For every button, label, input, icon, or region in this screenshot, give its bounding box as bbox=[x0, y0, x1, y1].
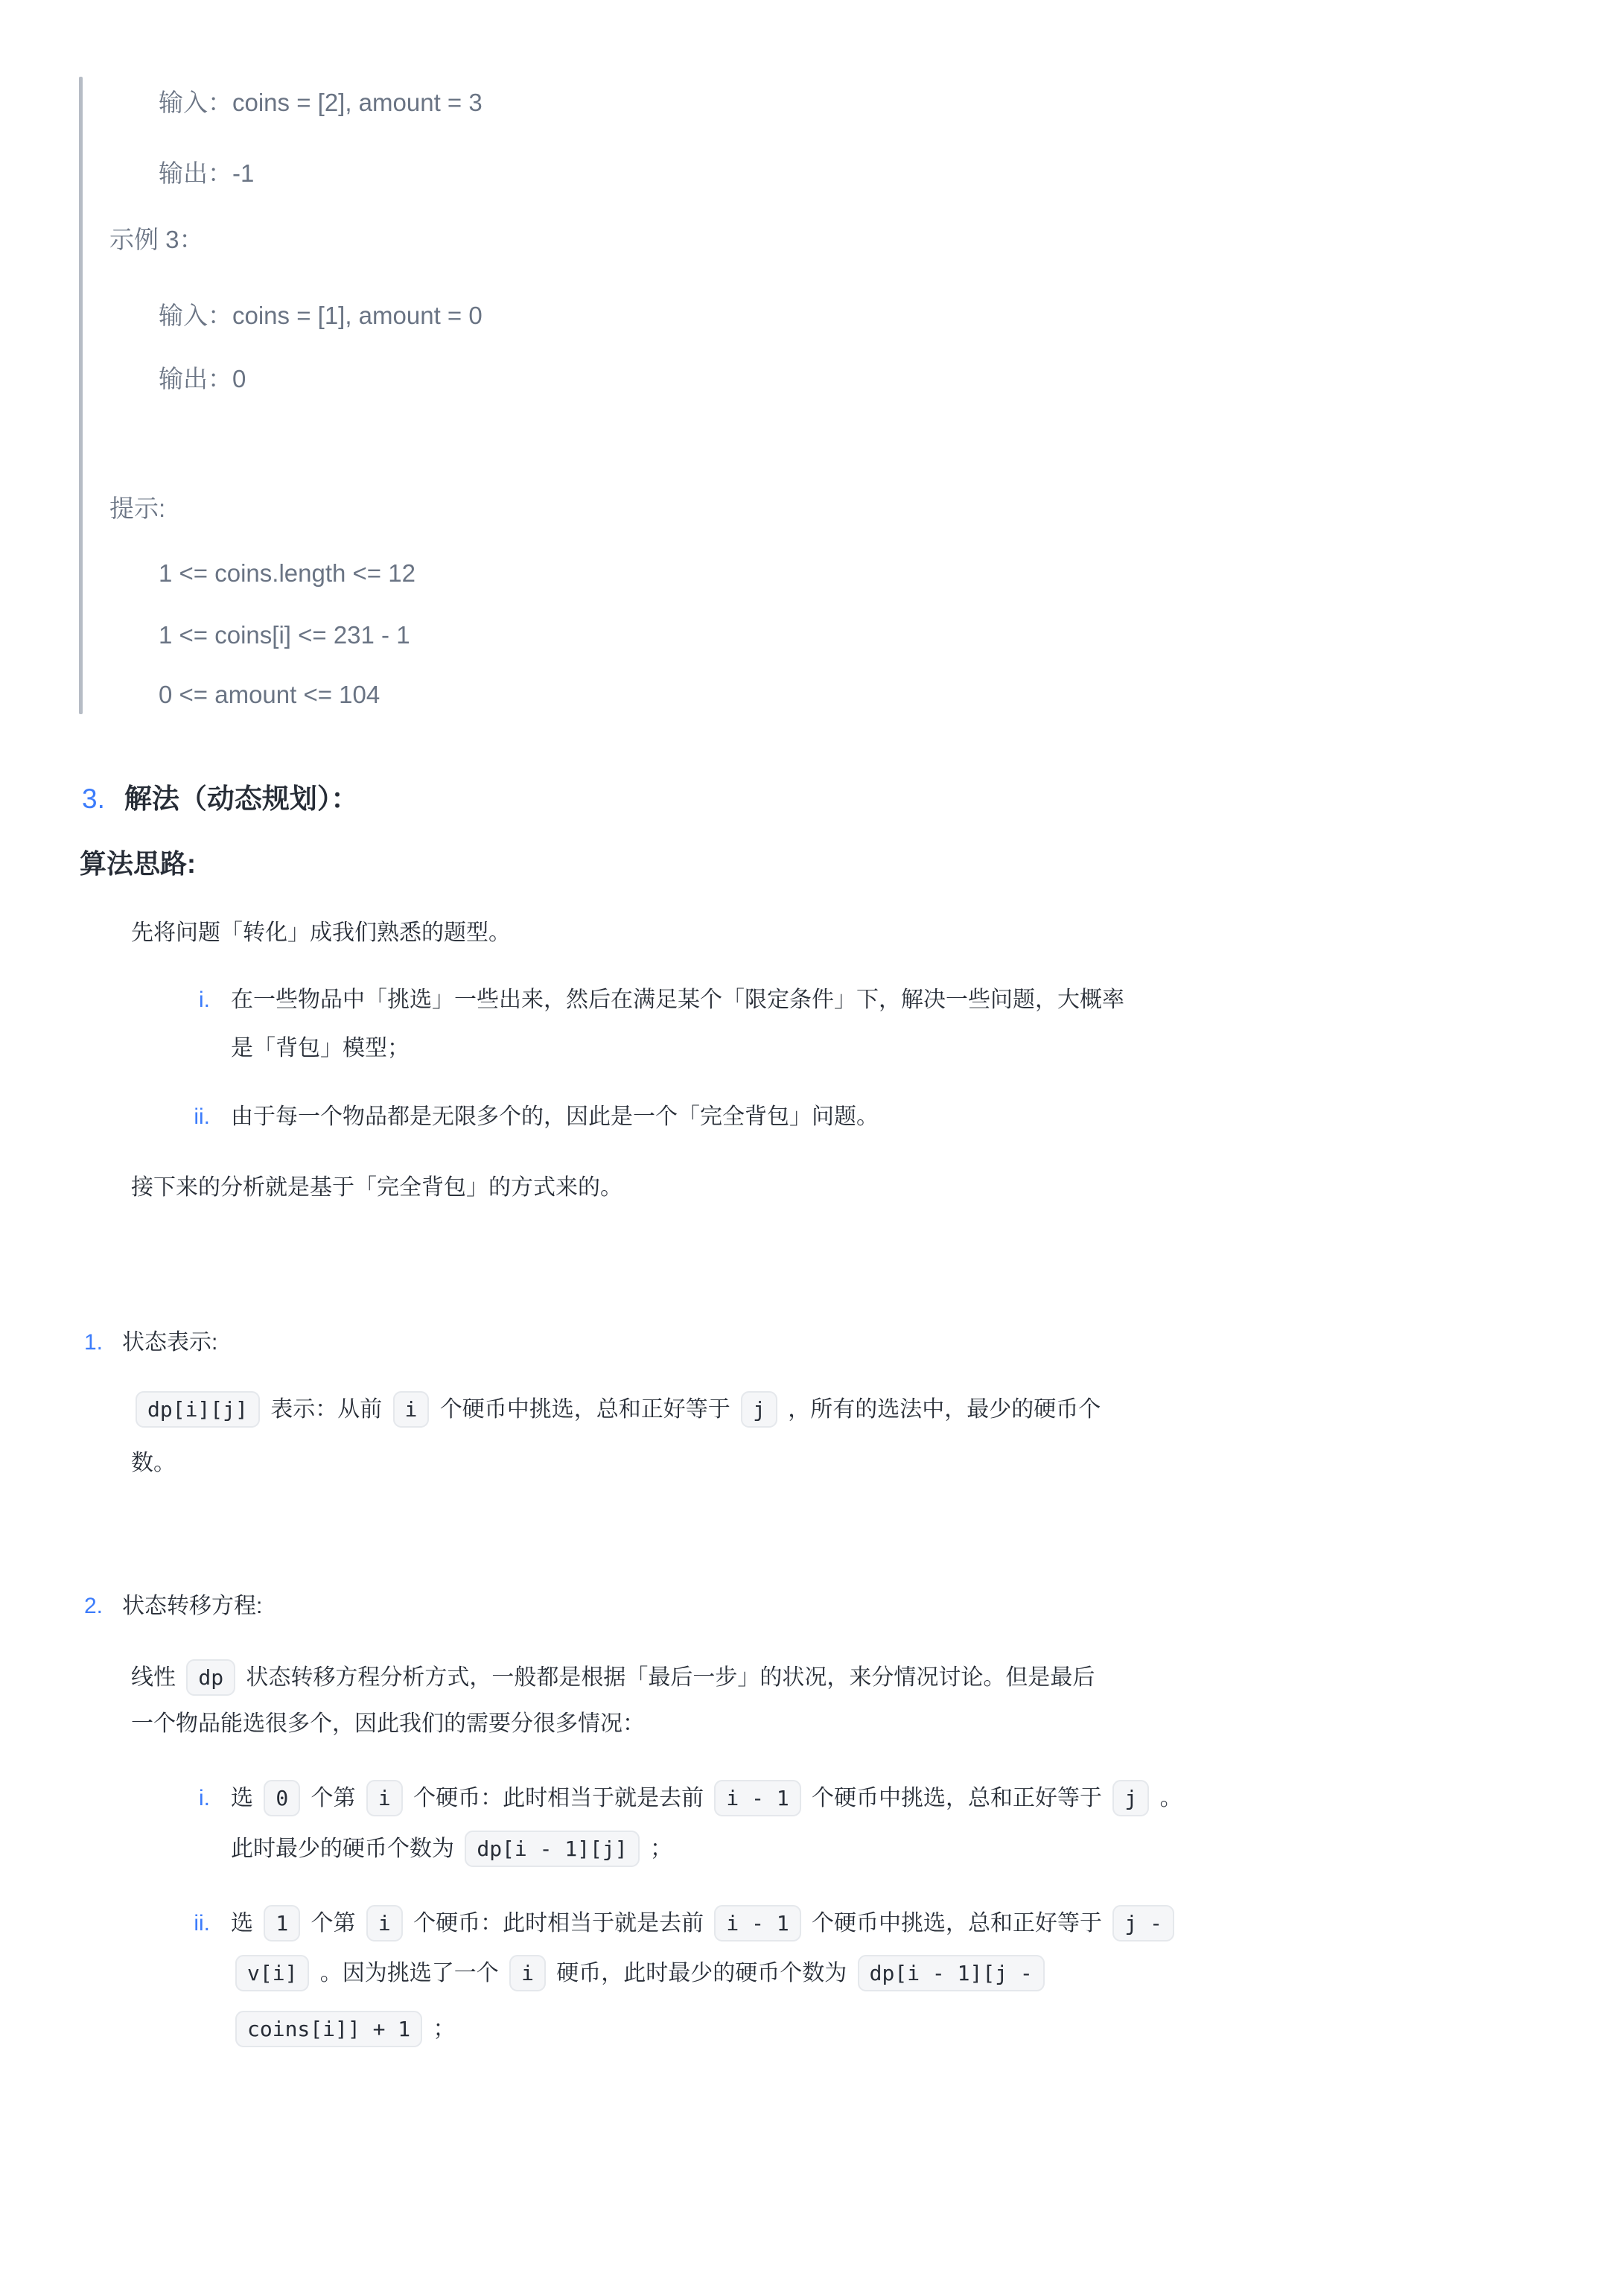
transform-item-i-line-2: 是「背包」模型； bbox=[231, 1032, 410, 1065]
inline-code: j - bbox=[1112, 1905, 1174, 1942]
text-segment: 选 bbox=[231, 1786, 259, 1810]
solution-heading-number: 3. bbox=[82, 783, 105, 814]
roman-marker: i. bbox=[199, 1775, 231, 1822]
text-segment: 个第 bbox=[305, 1786, 362, 1810]
text-segment: 个第 bbox=[305, 1911, 362, 1936]
inline-code: i bbox=[366, 1780, 403, 1816]
inline-code: 0 bbox=[264, 1780, 300, 1816]
text-segment: 在一些物品中「挑选」一些出来，然后在满足某个「限定条件」下，解决一些问题，大概率 bbox=[231, 988, 1124, 1012]
case-text: coins[i]] + 1 ； bbox=[231, 2017, 456, 2041]
step-2-title: 状态转移方程: bbox=[122, 1594, 262, 1618]
inline-code: i - 1 bbox=[714, 1905, 800, 1942]
step-2-number: 2. bbox=[84, 1594, 103, 1618]
case-i-line-2: 此时最少的硬币个数为 dp[i - 1][j] ； bbox=[231, 1825, 672, 1873]
case-text: 选 0 个第 i 个硬币：此时相当于就是去前 i - 1 个硬币中挑选，总和正好… bbox=[231, 1786, 1182, 1810]
transform-item-text: 由于每一个物品都是无限多个的，因此是一个「完全背包」问题。 bbox=[231, 1104, 879, 1129]
constraint-line: 0 <= amount <= 104 bbox=[159, 678, 380, 712]
roman-marker: ii. bbox=[194, 1900, 231, 1947]
step-2-paragraph-line-1: 线性 dp 状态转移方程分析方式，一般都是根据「最后一步」的状况，来分情况讨论。… bbox=[131, 1654, 1095, 1702]
text-segment: 个硬币中挑选，总和正好等于 bbox=[806, 1786, 1109, 1810]
text-segment: 个硬币中挑选，总和正好等于 bbox=[433, 1397, 736, 1422]
inline-code: dp bbox=[186, 1659, 235, 1696]
inline-code: dp[i][j] bbox=[136, 1391, 260, 1428]
inline-code: coins[i]] + 1 bbox=[235, 2011, 422, 2047]
text-segment: 个硬币中挑选，总和正好等于 bbox=[806, 1911, 1109, 1936]
example-output-line: 输出：0 bbox=[159, 362, 246, 396]
example-heading: 示例 3： bbox=[109, 223, 204, 257]
document-page: 输入：coins = [2], amount = 3 输出：-1 示例 3： 输… bbox=[0, 0, 1624, 2296]
inline-code: dp[i - 1][j - bbox=[858, 1955, 1045, 1991]
text-segment: 个硬币：此时相当于就是去前 bbox=[407, 1911, 710, 1936]
step-1-paragraph-line-2: 数。 bbox=[131, 1447, 176, 1480]
example-output-line: 输出：-1 bbox=[159, 156, 254, 191]
text-segment: 个硬币：此时相当于就是去前 bbox=[407, 1786, 710, 1810]
text-segment: ，所有的选法中，最少的硬币个 bbox=[782, 1397, 1101, 1422]
inline-code: i bbox=[393, 1391, 430, 1428]
case-ii-line-2: v[i] 。因为挑选了一个 i 硬币，此时最少的硬币个数为 dp[i - 1][… bbox=[231, 1950, 1049, 1997]
step-1-paragraph-line-1: dp[i][j] 表示：从前 i 个硬币中挑选，总和正好等于 j ，所有的选法中… bbox=[131, 1386, 1101, 1434]
step-1-number: 1. bbox=[84, 1330, 103, 1355]
solution-heading: 3.解法（动态规划）： bbox=[82, 780, 358, 818]
roman-marker: ii. bbox=[194, 1101, 231, 1133]
case-i-line-1: i.选 0 个第 i 个硬币：此时相当于就是去前 i - 1 个硬币中挑选，总和… bbox=[231, 1775, 1182, 1822]
inline-code: v[i] bbox=[235, 1955, 309, 1991]
constraint-line: 1 <= coins.length <= 12 bbox=[159, 556, 415, 591]
transform-item-ii-line-1: ii.由于每一个物品都是无限多个的，因此是一个「完全背包」问题。 bbox=[231, 1101, 879, 1133]
inline-code: dp[i - 1][j] bbox=[465, 1831, 639, 1867]
text-segment: 线性 bbox=[131, 1665, 182, 1690]
text-segment: ； bbox=[427, 2017, 455, 2041]
text-segment: 一个物品能选很多个，因此我们的需要分很多情况： bbox=[131, 1711, 645, 1736]
blockquote-bar bbox=[79, 77, 83, 714]
inline-code: 1 bbox=[264, 1905, 300, 1942]
text-segment: 此时最少的硬币个数为 bbox=[231, 1837, 460, 1861]
intro-paragraph: 先将问题「转化」成我们熟悉的题型。 bbox=[131, 917, 511, 950]
inline-code: j bbox=[741, 1391, 777, 1428]
text-segment: 表示：从前 bbox=[264, 1397, 389, 1422]
solution-heading-title: 解法（动态规划）： bbox=[124, 783, 359, 814]
inline-code: i bbox=[509, 1955, 546, 1991]
inline-code: i bbox=[366, 1905, 403, 1942]
case-text: 选 1 个第 i 个硬币：此时相当于就是去前 i - 1 个硬币中挑选，总和正好… bbox=[231, 1911, 1179, 1936]
case-ii-line-1: ii.选 1 个第 i 个硬币：此时相当于就是去前 i - 1 个硬币中挑选，总… bbox=[231, 1900, 1179, 1947]
constraint-line: 1 <= coins[i] <= 231 - 1 bbox=[159, 618, 410, 652]
case-text: v[i] 。因为挑选了一个 i 硬币，此时最少的硬币个数为 dp[i - 1][… bbox=[231, 1961, 1049, 1985]
hints-heading: 提示: bbox=[109, 492, 165, 526]
text-segment: 状态转移方程分析方式，一般都是根据「最后一步」的状况，来分情况讨论。但是最后 bbox=[240, 1665, 1095, 1690]
text-segment: 硬币，此时最少的硬币个数为 bbox=[550, 1961, 853, 1985]
text-segment: 是「背包」模型； bbox=[231, 1036, 410, 1060]
text-segment: 选 bbox=[231, 1911, 259, 1936]
step-1-heading: 1.状态表示: bbox=[84, 1326, 217, 1359]
step-2-heading: 2.状态转移方程: bbox=[84, 1590, 262, 1623]
text-segment: 。 bbox=[1153, 1786, 1182, 1810]
algorithm-idea-heading: 算法思路: bbox=[80, 845, 196, 883]
case-text: 此时最少的硬币个数为 dp[i - 1][j] ； bbox=[231, 1837, 672, 1861]
transform-item-text: 是「背包」模型； bbox=[231, 1036, 410, 1060]
example-input-line: 输入：coins = [2], amount = 3 bbox=[159, 86, 483, 120]
step-2-paragraph-line-2: 一个物品能选很多个，因此我们的需要分很多情况： bbox=[131, 1708, 645, 1740]
transform-item-i-line-1: i.在一些物品中「挑选」一些出来，然后在满足某个「限定条件」下，解决一些问题，大… bbox=[231, 984, 1124, 1017]
followup-paragraph: 接下来的分析就是基于「完全背包」的方式来的。 bbox=[131, 1171, 622, 1204]
roman-marker: i. bbox=[199, 984, 231, 1017]
text-segment: ； bbox=[644, 1837, 672, 1861]
inline-code: j bbox=[1112, 1780, 1149, 1816]
text-segment: 由于每一个物品都是无限多个的，因此是一个「完全背包」问题。 bbox=[231, 1104, 879, 1129]
text-segment: 。因为挑选了一个 bbox=[313, 1961, 505, 1985]
step-1-title: 状态表示: bbox=[122, 1330, 217, 1355]
case-ii-line-3: coins[i]] + 1 ； bbox=[231, 2006, 456, 2053]
inline-code: i - 1 bbox=[714, 1780, 800, 1816]
text-segment: 数。 bbox=[131, 1451, 176, 1475]
example-input-line: 输入：coins = [1], amount = 0 bbox=[159, 299, 483, 333]
transform-item-text: 在一些物品中「挑选」一些出来，然后在满足某个「限定条件」下，解决一些问题，大概率 bbox=[231, 988, 1124, 1012]
